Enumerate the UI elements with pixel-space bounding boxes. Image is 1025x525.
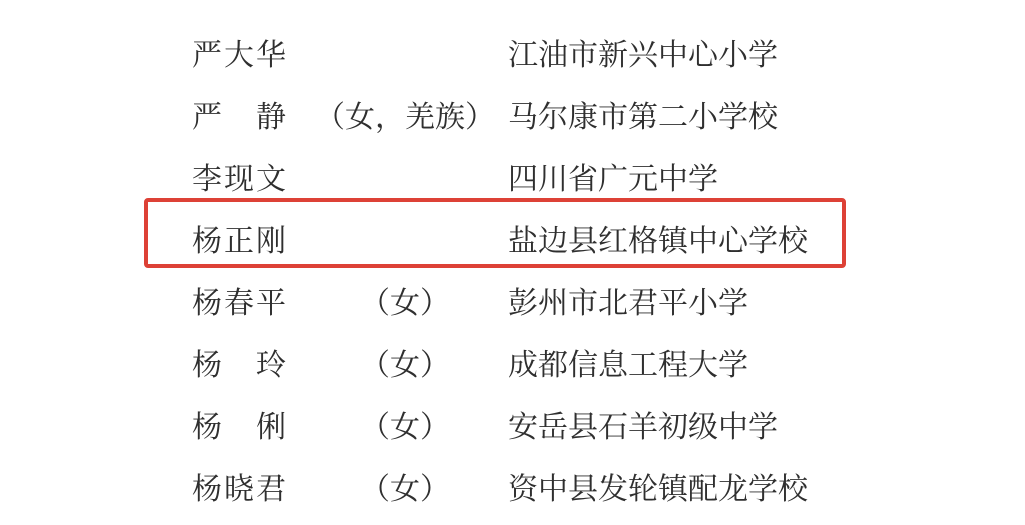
person-school: 安岳县石羊初级中学: [508, 402, 778, 446]
person-note: （女）: [292, 340, 518, 384]
person-name: 杨正刚: [192, 216, 288, 260]
person-row: 严大华 江油市新兴中心小学: [0, 21, 1025, 83]
person-school: 盐边县红格镇中心学校: [508, 216, 808, 260]
person-name: 杨 玲: [192, 340, 288, 384]
person-row: 李现文 四川省广元中学: [0, 145, 1025, 207]
person-school: 成都信息工程大学: [508, 340, 748, 384]
person-row: 杨 俐 （女） 安岳县石羊初级中学: [0, 393, 1025, 455]
person-name: 严 静: [192, 92, 288, 136]
document-page: 严大华 江油市新兴中心小学 严 静 （女，羌族） 马尔康市第二小学校 李现文 四…: [0, 0, 1025, 525]
person-name: 杨春平: [192, 278, 288, 322]
person-school: 四川省广元中学: [508, 154, 718, 198]
person-note: （女，羌族）: [292, 92, 518, 136]
person-row: 杨春平 （女） 彭州市北君平小学: [0, 269, 1025, 331]
person-school: 彭州市北君平小学: [508, 278, 748, 322]
person-name: 李现文: [192, 154, 288, 198]
person-school: 江油市新兴中心小学: [508, 30, 778, 74]
person-row: 杨晓君 （女） 资中县发轮镇配龙学校: [0, 455, 1025, 517]
person-name: 严大华: [192, 30, 288, 74]
person-row: 杨正刚 盐边县红格镇中心学校: [0, 207, 1025, 269]
person-note: （女）: [292, 278, 518, 322]
person-note: （女）: [292, 402, 518, 446]
person-school: 马尔康市第二小学校: [508, 92, 778, 136]
person-school: 资中县发轮镇配龙学校: [508, 464, 808, 508]
person-note: （女）: [292, 464, 518, 508]
person-row: 杨 玲 （女） 成都信息工程大学: [0, 331, 1025, 393]
person-name: 杨 俐: [192, 402, 288, 446]
recipient-list: 严大华 江油市新兴中心小学 严 静 （女，羌族） 马尔康市第二小学校 李现文 四…: [0, 21, 1025, 517]
person-row: 严 静 （女，羌族） 马尔康市第二小学校: [0, 83, 1025, 145]
person-name: 杨晓君: [192, 464, 288, 508]
